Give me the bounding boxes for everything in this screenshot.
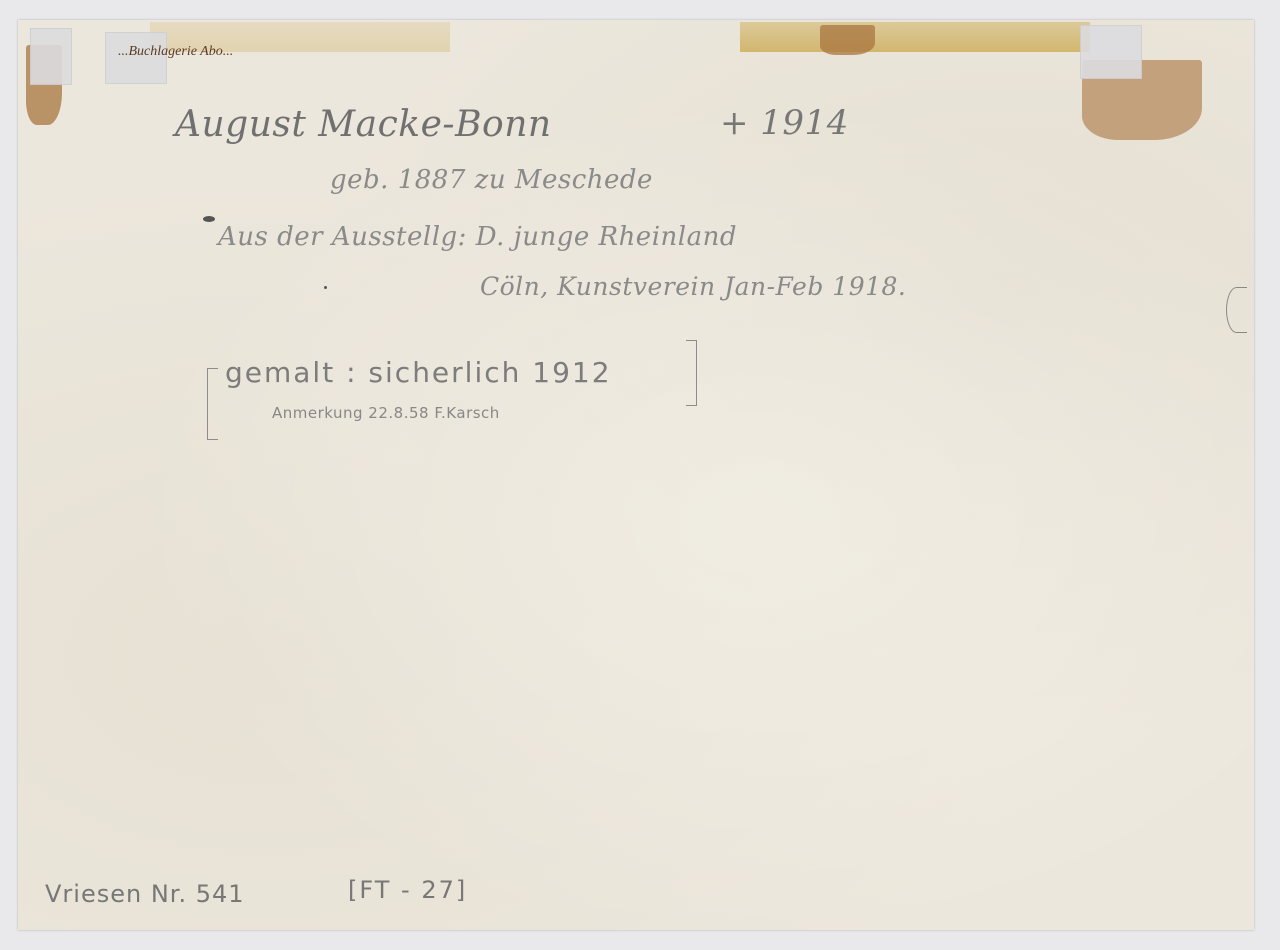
artwork-back-sheet bbox=[18, 20, 1254, 930]
painted-note-bracket bbox=[207, 340, 697, 440]
ink-speck bbox=[203, 216, 215, 222]
remark-note: Anmerkung 22.8.58 F.Karsch bbox=[272, 404, 500, 422]
tape-stain-center bbox=[820, 25, 875, 55]
birth-note: geb. 1887 zu Meschede bbox=[330, 165, 653, 195]
tape-strip-right bbox=[740, 22, 1090, 52]
pencil-dot bbox=[324, 286, 327, 289]
paper-hinge-left-1 bbox=[30, 28, 72, 85]
catalogue-reference: Vriesen Nr. 541 bbox=[45, 880, 245, 908]
edge-pencil-mark bbox=[1226, 287, 1247, 333]
exhibition-note-2: Cöln, Kunstverein Jan-Feb 1918. bbox=[480, 272, 906, 301]
bracket-left bbox=[207, 368, 218, 440]
bracket-right bbox=[686, 340, 697, 406]
inventory-code: [FT - 27] bbox=[348, 876, 467, 904]
paper-hinge-right bbox=[1080, 25, 1142, 79]
exhibition-note-1: Aus der Ausstellg: D. junge Rheinland bbox=[218, 222, 737, 252]
death-year: + 1914 bbox=[720, 103, 849, 143]
top-ink-label: ...Buchlagerie Abo... bbox=[118, 44, 233, 60]
painted-date-note: gemalt : sicherlich 1912 bbox=[225, 356, 612, 389]
artist-name: August Macke-Bonn bbox=[175, 104, 552, 145]
